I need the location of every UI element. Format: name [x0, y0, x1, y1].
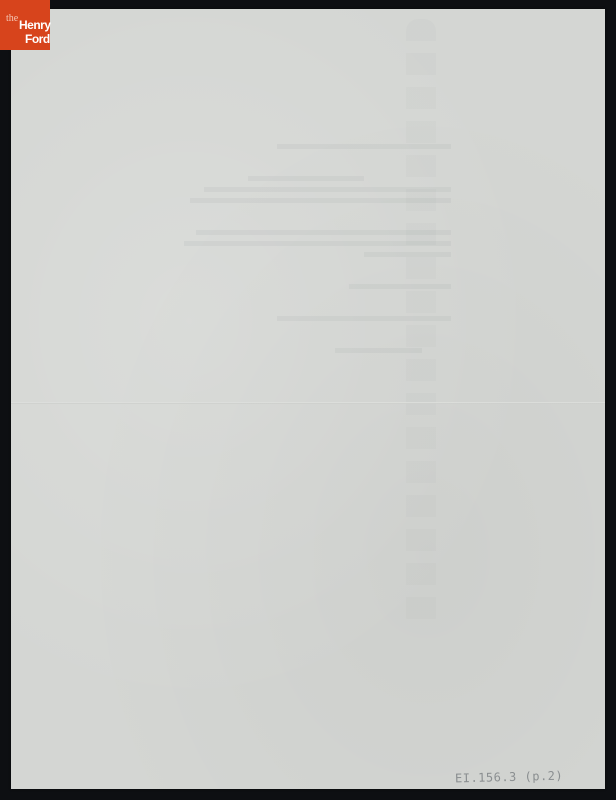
document-page [11, 9, 605, 789]
logo-ford: Ford [25, 32, 50, 46]
catalog-number: EI.156.3 (p.2) [455, 769, 563, 786]
logo-the: the [6, 13, 18, 24]
henry-ford-logo: the Henry Ford [0, 0, 50, 50]
logo-henry: Henry [19, 18, 51, 32]
fold-line [11, 402, 605, 404]
bleed-through-text [161, 139, 451, 419]
